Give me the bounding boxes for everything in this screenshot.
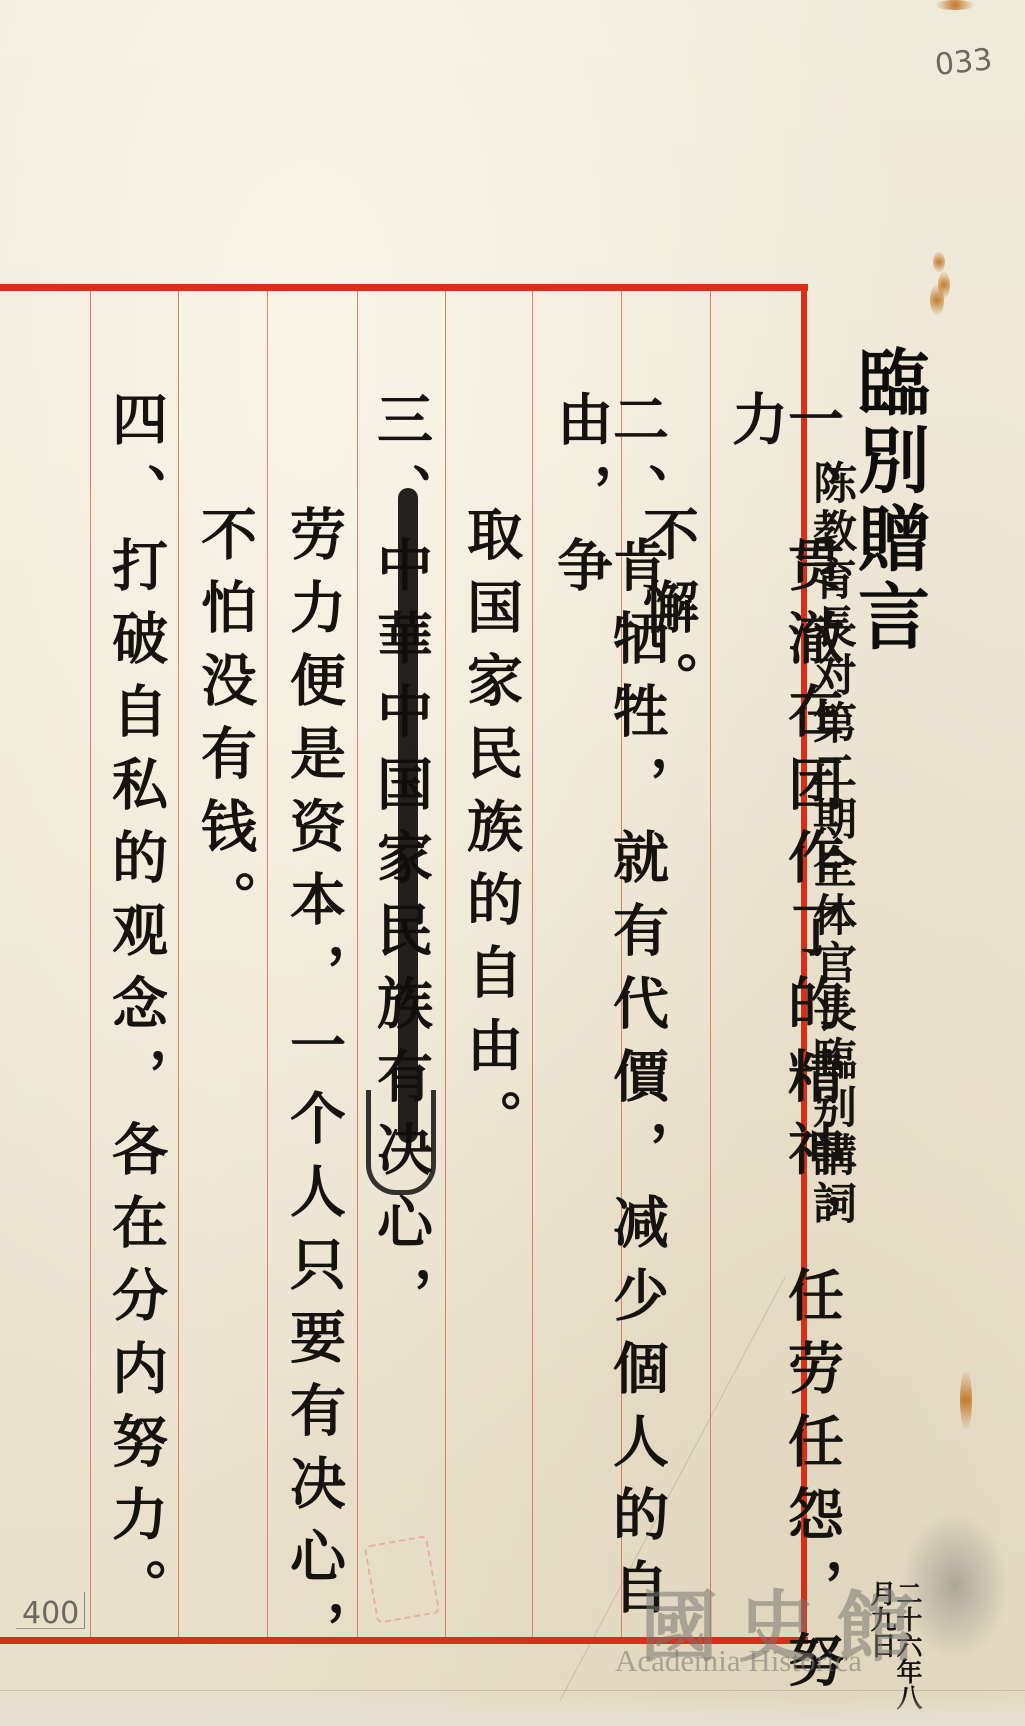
document-title: 臨別贈言 (852, 345, 924, 657)
column-rule (357, 291, 358, 1637)
frame-top-border (0, 284, 808, 291)
seal-stamp (364, 1535, 441, 1624)
column-rule (532, 291, 533, 1637)
rust-stain (933, 252, 945, 272)
document-page: 033 400 臨別贈言 陈教育長对第二期全体官長臨别講詞 二十六年八月九日 一… (0, 0, 1025, 1726)
rust-stain (935, 0, 975, 10)
watermark-english: Academia Historica (615, 1643, 862, 1679)
column-rule (710, 291, 711, 1637)
item-3-line-2: 劳力便是资本，一个人只要有决心， (285, 505, 341, 1673)
item-4-line-1: 四、打破自私的观念，各在分内努力。 (107, 390, 163, 1631)
strike-loop-mark (366, 1090, 436, 1195)
column-rule (178, 291, 179, 1637)
column-rule (267, 291, 268, 1637)
torn-paper-edge (0, 1696, 1025, 1726)
item-1-line-1: 一、贯澈在团作了的精神，任劳任怨，努力 (727, 390, 839, 1726)
rust-stain (930, 285, 944, 315)
rust-stain (960, 1370, 972, 1430)
column-rule (90, 291, 91, 1637)
folio-number: 400 (22, 1596, 79, 1631)
item-2-line-2: 取国家民族的自由。 (462, 505, 518, 1162)
item-2-line-1: 二、肯牺牲，就有代價，减少個人的自由，争 (552, 390, 664, 1726)
page-number: 033 (933, 42, 994, 83)
column-rule (445, 291, 446, 1637)
item-3-line-3: 不怕没有钱。 (196, 505, 252, 943)
strike-through-mark (398, 488, 418, 1143)
